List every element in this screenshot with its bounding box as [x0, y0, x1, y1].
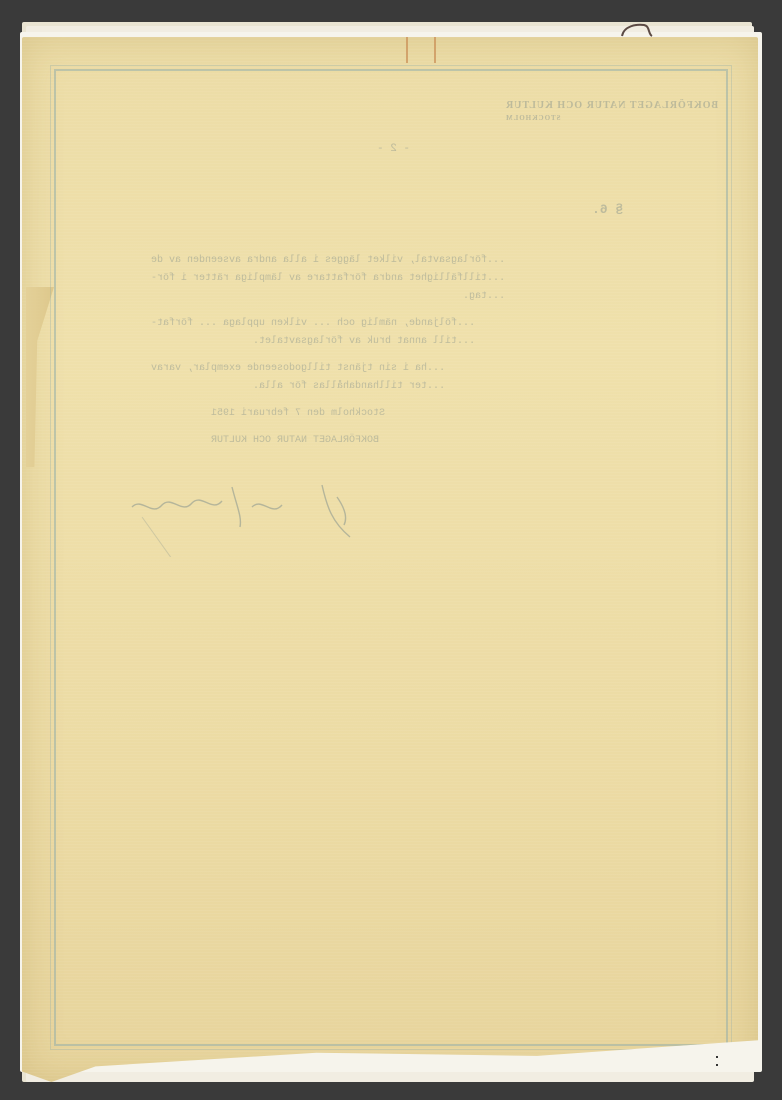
body-paragraph: ...förlagsavtal, vilket lägges i alla an…: [151, 252, 505, 306]
body-paragraph: ...ha i sin tjänst tillgodoseende exempl…: [151, 360, 445, 396]
section-heading-text: § 6.: [592, 202, 623, 217]
letter-body: ...förlagsavtal, vilket lägges i alla an…: [127, 234, 687, 477]
sender-name: BOKFÖRLAGET NATUR OCH KULTUR: [211, 432, 379, 450]
letterhead-name: BOKFÖRLAGET NATUR OCH KULTUR: [505, 100, 718, 111]
paper-clip-icon: [618, 22, 662, 38]
edge-marks: [716, 1056, 718, 1068]
letterhead-city: STOCKHOLM: [505, 114, 718, 122]
body-paragraph: ...följande, nämlig och ... vilken uppla…: [151, 315, 475, 351]
section-heading: § 6.: [592, 202, 623, 217]
rust-stain: [434, 37, 436, 63]
document-page: BOKFÖRLAGET NATUR OCH KULTUR STOCKHOLM -…: [22, 37, 758, 1082]
page-number-text: - 2 -: [377, 143, 410, 155]
torn-fold: [26, 287, 54, 467]
dateline: Stockholm den 7 februari 1951: [211, 405, 385, 423]
letterhead: BOKFÖRLAGET NATUR OCH KULTUR STOCKHOLM: [505, 100, 718, 122]
rust-stain: [406, 37, 408, 63]
page-border-frame: [54, 69, 728, 1046]
handwritten-signature-icon: [122, 477, 362, 557]
page-number: - 2 -: [377, 143, 410, 155]
